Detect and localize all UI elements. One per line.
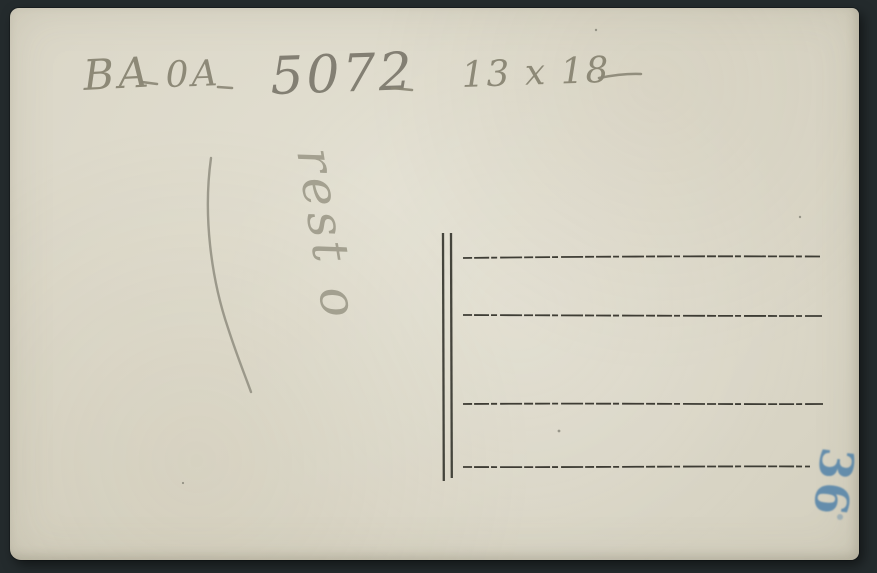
address-line-2 xyxy=(463,315,822,316)
handwriting-overlay: BA 0A 5072 13 x 18 rest o 36 xyxy=(0,0,877,573)
scanned-photo-verso: BA 0A 5072 13 x 18 rest o 36 xyxy=(0,0,877,573)
paper-speck xyxy=(595,29,597,31)
address-line-4 xyxy=(463,466,810,467)
blue-collection-number: 36 xyxy=(803,445,865,521)
inscription-number: 5072 xyxy=(269,42,415,107)
inscription-prefix: BA xyxy=(81,47,154,100)
curved-pencil-stroke xyxy=(208,158,251,392)
inscription-series: 0A xyxy=(165,53,221,96)
address-block xyxy=(443,233,823,481)
dash-stroke xyxy=(218,87,232,88)
paper-speck xyxy=(558,430,561,433)
address-line-1 xyxy=(463,256,820,258)
diagonal-pencil-note: rest o xyxy=(285,144,370,326)
blue-smudge xyxy=(837,514,843,520)
vertical-rule-left xyxy=(443,233,444,481)
paper-speck xyxy=(182,482,184,484)
inscription-format: 13 x 18 xyxy=(461,50,611,96)
vertical-rule-right xyxy=(451,233,452,478)
top-inscription: BA 0A 5072 13 x 18 xyxy=(81,42,641,107)
paper-speck xyxy=(799,216,801,218)
